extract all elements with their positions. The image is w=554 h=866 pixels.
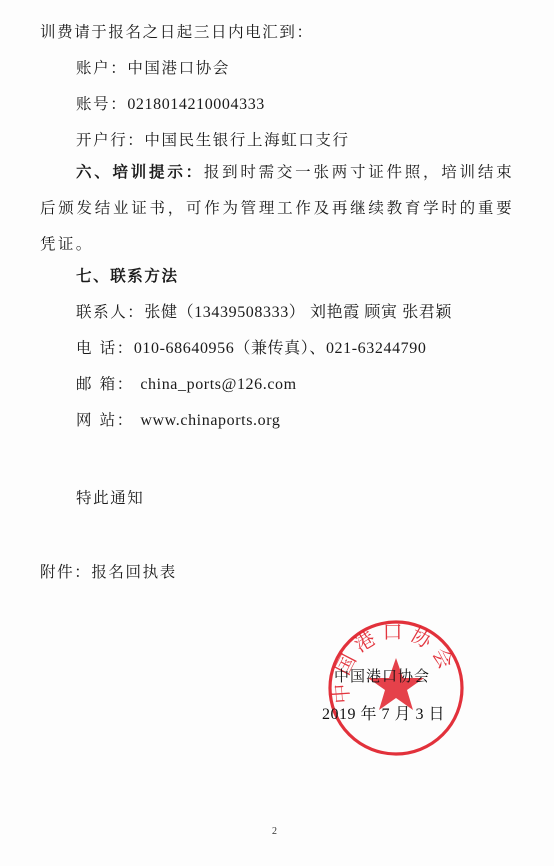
contact-people-value: 张健（13439508333） 刘艳霞 顾寅 张君颖 bbox=[144, 304, 452, 321]
bank-label: 开户行： bbox=[76, 131, 144, 149]
fee-remit-line: 训费请于报名之日起三日内电汇到： bbox=[40, 22, 314, 42]
bank-value: 中国民生银行上海虹口支行 bbox=[144, 131, 349, 149]
account-name-label: 账户： bbox=[76, 59, 127, 77]
section6-heading: 六、培训提示： bbox=[76, 162, 204, 181]
contact-website-label: 网 站： bbox=[76, 411, 134, 429]
contact-website-value[interactable]: www.chinaports.org bbox=[140, 412, 280, 429]
contact-website-line: 网 站： www.chinaports.org bbox=[76, 410, 280, 431]
contact-phone-value: 010-68640956（兼传真）、021-63244790 bbox=[134, 340, 427, 357]
document-page: 训费请于报名之日起三日内电汇到： 账户：中国港口协会 账号：0218014210… bbox=[0, 0, 554, 866]
bank-line: 开户行：中国民生银行上海虹口支行 bbox=[76, 130, 350, 150]
account-name-line: 账户：中国港口协会 bbox=[76, 58, 230, 78]
signature-org: 中国港口协会 bbox=[334, 665, 430, 686]
account-number-line: 账号：0218014210004333 bbox=[76, 94, 265, 115]
contact-email-value[interactable]: china_ports@126.com bbox=[140, 376, 296, 393]
closing-text: 特此通知 bbox=[76, 488, 144, 508]
contact-phone-label: 电 话： bbox=[76, 339, 134, 357]
account-name-value: 中国港口协会 bbox=[127, 59, 230, 77]
contact-email-label: 邮 箱： bbox=[76, 375, 134, 393]
fee-remit-text: 训费请于报名之日起三日内电汇到： bbox=[40, 23, 314, 41]
contact-people-line: 联系人：张健（13439508333） 刘艳霞 顾寅 张君颖 bbox=[76, 302, 452, 323]
contact-email-line: 邮 箱： china_ports@126.com bbox=[76, 374, 297, 395]
page-number: 2 bbox=[272, 826, 277, 837]
signature-date: 2019 年 7 月 3 日 bbox=[322, 701, 445, 724]
attachment-value: 报名回执表 bbox=[91, 563, 177, 581]
account-number-value: 0218014210004333 bbox=[127, 96, 265, 113]
section6-paragraph: 六、培训提示：报到时需交一张两寸证件照，培训结束后颁发结业证书，可作为管理工作及… bbox=[40, 154, 514, 262]
contact-phone-line: 电 话：010-68640956（兼传真）、021-63244790 bbox=[76, 338, 426, 359]
attachment-line: 附件：报名回执表 bbox=[40, 562, 177, 582]
contact-people-label: 联系人： bbox=[76, 303, 144, 321]
account-number-label: 账号： bbox=[76, 95, 127, 113]
section7-heading: 七、联系方法 bbox=[76, 266, 179, 286]
attachment-label: 附件： bbox=[40, 563, 91, 581]
official-seal-stamp: 中国港口协会 bbox=[326, 618, 466, 758]
